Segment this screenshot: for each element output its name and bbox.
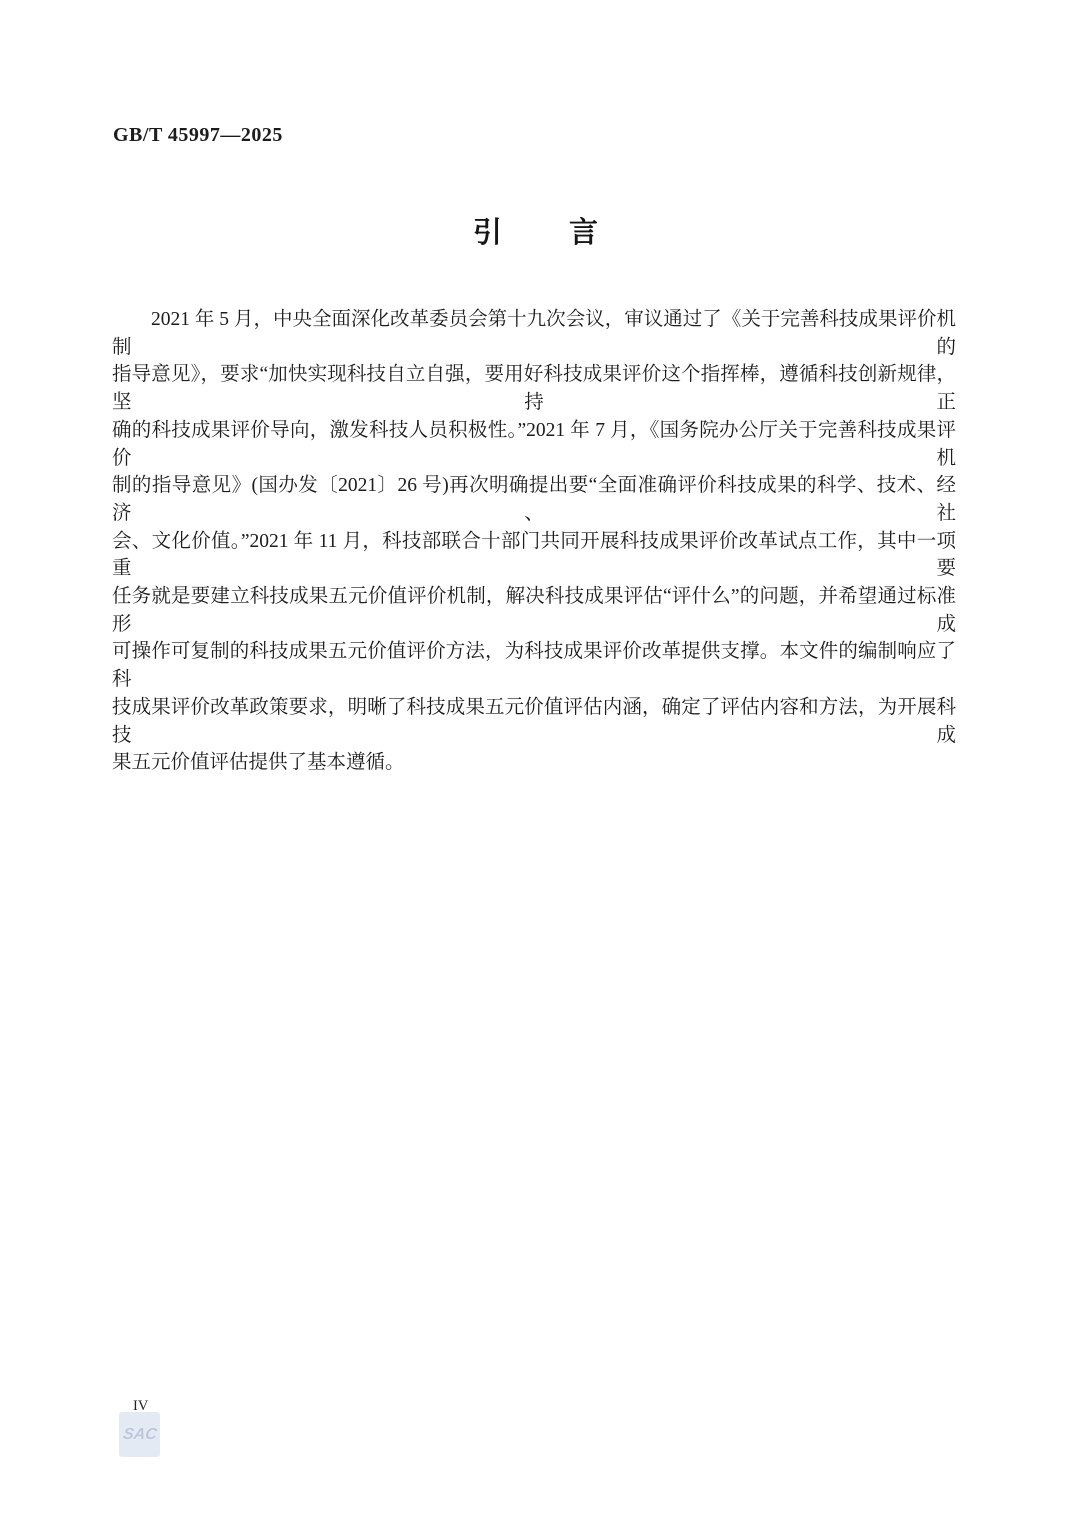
paragraph-line: 2021 年 5 月，中央全面深化改革委员会第十九次会议，审议通过了《关于完善科… xyxy=(112,306,956,361)
sac-watermark-text: SAC xyxy=(121,1426,157,1444)
introduction-paragraph: 2021 年 5 月，中央全面深化改革委员会第十九次会议，审议通过了《关于完善科… xyxy=(112,306,956,777)
paragraph-line: 技成果评价改革政策要求，明晰了科技成果五元价值评估内涵，确定了评估内容和方法，为… xyxy=(112,694,956,749)
document-page: GB/T 45997—2025 引 言 2021 年 5 月，中央全面深化改革委… xyxy=(0,0,1074,1520)
paragraph-line: 果五元价值评估提供了基本遵循。 xyxy=(112,749,956,777)
paragraph-line: 会、文化价值。”2021 年 11 月，科技部联合十部门共同开展科技成果评价改革… xyxy=(112,528,956,583)
sac-watermark: SAC xyxy=(119,1412,160,1457)
page-title: 引 言 xyxy=(0,210,1074,251)
paragraph-line: 任务就是要建立科技成果五元价值评价机制，解决科技成果评估“评什么”的问题，并希望… xyxy=(112,583,956,638)
page-number: IV xyxy=(133,1398,148,1415)
paragraph-line: 制的指导意见》(国办发〔2021〕26 号)再次明确提出要“全面准确评价科技成果… xyxy=(112,472,956,527)
paragraph-line: 确的科技成果评价导向，激发科技人员积极性。”2021 年 7 月，《国务院办公厅… xyxy=(112,417,956,472)
paragraph-line: 可操作可复制的科技成果五元价值评价方法，为科技成果评价改革提供支撑。本文件的编制… xyxy=(112,638,956,693)
standard-code: GB/T 45997—2025 xyxy=(113,124,283,147)
paragraph-line: 指导意见》，要求“加快实现科技自立自强，要用好科技成果评价这个指挥棒，遵循科技创… xyxy=(112,361,956,416)
